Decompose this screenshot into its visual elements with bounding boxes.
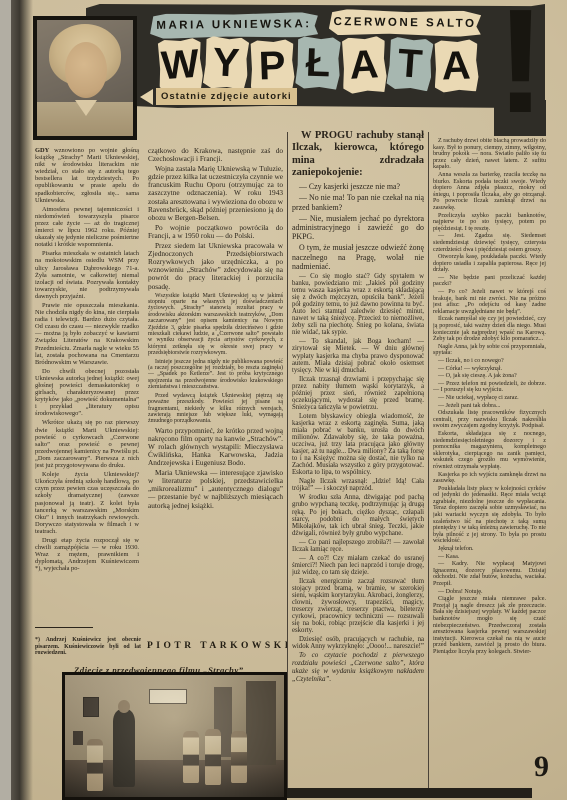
- portrait-face: [65, 42, 107, 98]
- paragraph: Przeliczyła szybko paczki banknotów, naj…: [433, 213, 546, 233]
- paragraph: Wkrótce ukażą się po raz pierwszy dwie k…: [35, 419, 139, 469]
- paragraph: Ilczak trzasnął drzwiami i przepychając …: [292, 376, 424, 411]
- paragraph: Pisarka mieszkała w ostatnich latach na …: [35, 250, 139, 300]
- magazine-page-scan: { "colors": { "page_bg": "#ccbd9c", "mas…: [0, 0, 567, 800]
- headline-letter: Y: [203, 36, 250, 90]
- headline-title: W Y P Ł A T A: [158, 37, 478, 93]
- paragraph: Eskorta, składająca się z nocnego, siede…: [433, 431, 546, 471]
- bottom-bar: [287, 788, 532, 798]
- paragraph: — A co?! Czy miałam czekać do usranej śm…: [292, 555, 424, 576]
- closing-note: To co czytacie pochodzi z pierwszego roz…: [292, 652, 424, 683]
- paragraph: — Kasa.: [433, 554, 546, 561]
- paragraph: — Ilczak, no i co nowego?: [433, 358, 546, 365]
- headline-letter: Ł: [295, 36, 341, 90]
- paragraph: Istnieje jeszcze jedna nigdy nie publiko…: [148, 359, 283, 391]
- paragraph: Przez siedem lat Ukniewska pracowała w Z…: [148, 242, 283, 291]
- paragraph: Przed wydawcą książek Ukniewskiej piętrz…: [148, 393, 283, 425]
- paragraph: Odszukała listę pracowników fizycznych c…: [433, 410, 546, 430]
- author-name-patch: MARIA UKNIEWSKA:: [150, 12, 318, 39]
- paragraph: — Nie będzie pani przeliczać każdej pacz…: [433, 275, 546, 288]
- series-title-patch: CZERWONE SALTO: [329, 9, 481, 37]
- story-column-1: W PROGU rachuby stanął Ilczak, kierowca,…: [292, 130, 424, 788]
- film-still-haze: [65, 675, 284, 797]
- story-column-2: Z rachuby drzwi obite blachą prowadziły …: [433, 138, 546, 790]
- paragraph: Lotem błyskawicy obiegła wiadomość, że k…: [292, 413, 424, 476]
- paragraph: Do chwili obecnej pozostała Ukniewska au…: [35, 368, 139, 418]
- bio-column-2: czątkowo do Krakowa, następnie zaś do Cz…: [148, 147, 283, 641]
- paragraph: Anna weszła za barierkę, rzuciła teczkę …: [433, 172, 546, 212]
- paragraph: Otworzyła kasę, poukładała paczki. Wtedy…: [433, 254, 546, 274]
- paragraph: GDY wznowiono po wojnie głośną książkę „…: [35, 147, 139, 204]
- arrow-left-icon: [140, 89, 153, 105]
- exclamation-mark: !: [496, 0, 545, 136]
- headline-letter: P: [249, 39, 295, 93]
- page-number: 9: [534, 750, 549, 784]
- pointer-label: Ostatnie zdjęcie autorki: [156, 88, 297, 105]
- paragraph: — No nie ma! To pan nie czekał na nią pr…: [292, 193, 424, 211]
- paragraph: Drugi etap życia rozpoczął się w chwili …: [35, 537, 139, 572]
- paragraph: — Nie uciekaj, wypłacę ci zaraz.: [433, 395, 546, 402]
- paragraph: W środku szła Anna, dźwigając pod pachą …: [292, 494, 424, 536]
- story-lead: W PROGU rachuby stanął Ilczak, kierowca,…: [292, 130, 424, 179]
- paragraph: — O, jak się cieszę. A jak żona?: [433, 373, 546, 380]
- paragraph: Koleje życia Ukniewskiej? Ukończyła śred…: [35, 471, 139, 535]
- paragraph: — Córka! — wykrzyknął.: [433, 366, 546, 373]
- paragraph: Ciągle jeszcze miała niemrawe palce. Prz…: [433, 596, 546, 655]
- paragraph: — Jest. Zgadza się. Siedemset siedemdzie…: [433, 233, 546, 253]
- page-fold-shadow: [11, 0, 33, 800]
- paragraph: Wszystkie książki Marii Ukniewskiej są w…: [148, 293, 283, 357]
- paragraph: — Dobra! Notuję.: [433, 589, 546, 596]
- author-portrait-photo: [33, 16, 137, 140]
- column-divider: [428, 132, 429, 788]
- footnote-rule: [35, 627, 93, 628]
- paragraph: — Kadry. Nie wypłacaj Matyjowi Ignacemu,…: [433, 561, 546, 587]
- paragraph: Po wojnie początkowo powróciła do Francj…: [148, 224, 283, 240]
- paragraph: — Czy kasjerki jeszcze nie ma?: [292, 182, 424, 191]
- bio-column-1: GDY wznowiono po wojnie głośną książkę „…: [35, 147, 139, 625]
- paragraph: Warto przypomnieć, że krótko przed wojną…: [148, 427, 283, 467]
- paragraph: czątkowo do Krakowa, następnie zaś do Cz…: [148, 147, 283, 163]
- paragraph: — Nie, musiałem jechać po dyrektora admi…: [292, 214, 424, 242]
- author-photo-pointer: Ostatnie zdjęcie autorki: [140, 88, 297, 105]
- paragraph: Ilczak energicznie zaczął rozsuwać tłum …: [292, 578, 424, 634]
- paragraph: Poukładała listy płacy w kolejności cyrk…: [433, 486, 546, 545]
- paragraph: Ilczak namyślał się czy jej powiedzieć, …: [433, 316, 546, 342]
- paragraph: Z rachuby drzwi obite blachą prowadziły …: [433, 138, 546, 171]
- byline: PIOTR TARKOWSKI: [147, 641, 307, 651]
- paragraph: — To skandal, jak Boga kocham! — zirytow…: [292, 338, 424, 373]
- headline-letter: W: [156, 38, 204, 93]
- paragraph: Maria Ukniewska — interesujące zjawisko …: [148, 469, 283, 509]
- footnote: *) Andrzej Kuśniewicz jest obecnie pisar…: [35, 637, 141, 657]
- paragraph: Atmosfera pewnej tajemniczości i niedomó…: [35, 206, 139, 249]
- paragraph: Jęknął telefon.: [433, 546, 546, 553]
- paragraph: Prawie nie opuszczała mieszkania. Nie ch…: [35, 302, 139, 366]
- paragraph: Wojna zastała Marię Ukniewską w Tuluzie,…: [148, 165, 283, 222]
- paragraph: Nagle Ilczak wrzasnął: „Idzie! Idą! Cała…: [292, 478, 424, 492]
- scan-edge-strip: [0, 0, 11, 800]
- film-still-photo: [62, 672, 287, 800]
- lead-word: GDY: [35, 147, 49, 154]
- paragraph: Kasjerka po ich wyjściu zamknęła drzwi n…: [433, 472, 546, 485]
- paragraph: — Po co? Jeżeli nawet w którejś coś brak…: [433, 289, 546, 315]
- paragraph: Nagle Anna, jak by sobie coś przypomniał…: [433, 344, 546, 357]
- headline-letter: T: [386, 37, 434, 92]
- headline-letter: A: [341, 36, 388, 94]
- paragraph: — Przez telefon mi powiedzieli, że dobrz…: [433, 381, 546, 394]
- paragraph: — Co pani najlepszego zrobiła?! — zawoła…: [292, 539, 424, 553]
- paragraph: — Jeżeli pani tak dobra...: [433, 403, 546, 410]
- column-divider: [287, 132, 288, 790]
- paragraph: Dziesięć osób, pracujących w rachubie, n…: [292, 636, 424, 650]
- headline-letter: A: [433, 39, 479, 93]
- paragraph: O tym, że musiał jeszcze odwieźć żonę na…: [292, 243, 424, 271]
- paragraph: — Co się mogło stać? Gdy spytałem w bank…: [292, 273, 424, 336]
